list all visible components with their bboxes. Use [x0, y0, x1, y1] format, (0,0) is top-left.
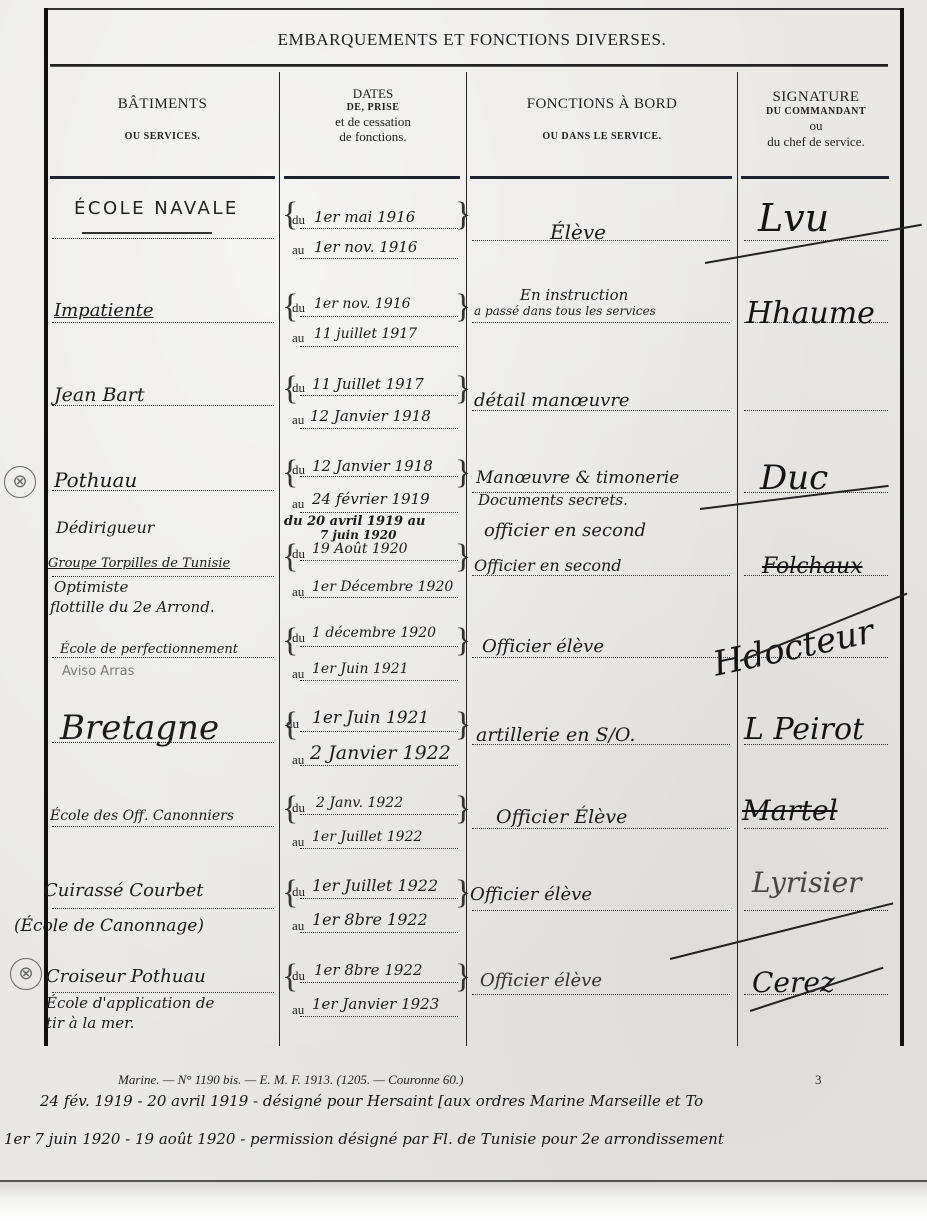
header-fonctions: FONCTIONS À BORD OU DANS LE SERVICE.: [470, 95, 734, 143]
signature: Hhaume: [746, 296, 875, 331]
batiment-name: ÉCOLE NAVALE: [74, 198, 239, 219]
date-prefix: au: [292, 330, 304, 346]
fonction-text: Officier Élève: [496, 806, 627, 828]
date-prefix: du: [292, 546, 305, 562]
header-rule: [470, 176, 732, 179]
signature: Cerez: [752, 966, 835, 999]
signature: Folchaux: [762, 554, 863, 579]
date-start: 1er mai 1916: [314, 208, 415, 226]
date-start: 19 Août 1920: [312, 541, 408, 557]
header-rule: [50, 176, 275, 179]
header-signature-title: SIGNATURE: [741, 88, 891, 106]
date-prefix: au: [292, 412, 304, 428]
date-prefix: du: [292, 884, 305, 900]
handwritten-annotation: 1er 7 juin 1920 - 19 août 1920 - permiss…: [4, 1130, 724, 1148]
date-end: 1er Juin 1921: [312, 661, 409, 677]
date-prefix: au: [292, 752, 304, 768]
batiment-name: (École de Canonnage): [14, 916, 204, 936]
batiment-name: tir à la mer.: [46, 1014, 134, 1032]
batiment-name: Croiseur Pothuau: [46, 966, 206, 987]
header-dates-sub2: et de cessation: [283, 114, 463, 130]
signature: Lyrisier: [752, 866, 862, 899]
header-dates-sub3: de fonctions.: [283, 129, 463, 145]
date-start: 1er Juin 1921: [312, 708, 429, 728]
date-end: 2 Janvier 1922: [310, 742, 451, 764]
date-prefix: du: [292, 380, 305, 396]
header-fonctions-title: FONCTIONS À BORD: [470, 95, 734, 113]
date-prefix: au: [292, 666, 304, 682]
date-prefix: au: [292, 584, 304, 600]
margin-cross-icon: ⊗: [10, 958, 42, 990]
fonction-text: Officier en second: [474, 556, 622, 575]
header-rule: [284, 176, 460, 179]
batiment-pencil-note: Aviso Arras: [62, 664, 134, 679]
fonction-text: En instruction: [520, 286, 628, 304]
signature: Duc: [760, 458, 828, 498]
date-prefix: au: [292, 496, 304, 512]
header-fonctions-sub: OU DANS LE SERVICE.: [470, 131, 734, 143]
date-start: 1 décembre 1920: [312, 625, 436, 641]
header-signature-sub3: du chef de service.: [741, 134, 891, 150]
batiment-name: École d'application de: [46, 994, 214, 1012]
form-title: EMBARQUEMENTS ET FONCTIONS DIVERSES.: [48, 30, 896, 50]
date-end: 1er nov. 1916: [314, 238, 417, 256]
scan-bottom-edge: [0, 1180, 927, 1221]
handwritten-annotation: 24 fév. 1919 - 20 avril 1919 - désigné p…: [40, 1092, 703, 1110]
date-end: 11 juillet 1917: [314, 326, 417, 342]
fonction-text: a passé dans tous les services: [474, 304, 656, 318]
batiment-name: Dédirigueur: [56, 518, 154, 537]
margin-cross-icon: ⊗: [4, 466, 36, 498]
date-extra: 7 juin 1920: [320, 528, 396, 542]
column-divider: [737, 72, 738, 1046]
signature: Lvu: [758, 196, 829, 240]
batiment-name: Cuirassé Courbet: [44, 880, 204, 901]
fonction-text: Documents secrets.: [478, 491, 628, 509]
date-end: 1er Juillet 1922: [312, 829, 422, 845]
date-prefix: au: [292, 1002, 304, 1018]
header-dates-title: DATES: [283, 86, 463, 102]
signature: L Peirot: [744, 712, 864, 747]
header-signature: SIGNATURE DU COMMANDANT ou du chef de se…: [741, 88, 891, 149]
header-signature-sub2: ou: [741, 118, 891, 134]
date-prefix: du: [292, 800, 305, 816]
batiment-name: Jean Bart: [54, 384, 144, 406]
date-prefix: du: [292, 462, 305, 478]
fonction-text: détail manœuvre: [474, 390, 630, 411]
fonction-text: artillerie en S/O.: [476, 724, 635, 746]
date-prefix: au: [292, 834, 304, 850]
signature: Martel: [742, 794, 838, 827]
date-prefix: du: [292, 300, 305, 316]
fonction-text: Officier élève: [470, 884, 592, 905]
batiment-name: Bretagne: [60, 708, 219, 748]
date-prefix: du: [292, 968, 305, 984]
date-prefix: au: [292, 918, 304, 934]
date-end: 1er 8bre 1922: [312, 910, 428, 929]
batiment-name: École des Off. Canonniers: [50, 808, 234, 824]
date-start: 11 Juillet 1917: [312, 375, 424, 393]
header-dates: DATES DE, PRISE et de cessation de fonct…: [283, 86, 463, 145]
date-end: 12 Janvier 1918: [310, 407, 431, 425]
header-signature-sub1: DU COMMANDANT: [741, 106, 891, 118]
ornament-flourish: [82, 232, 212, 234]
date-start: 1er 8bre 1922: [314, 961, 423, 979]
date-start: 1er nov. 1916: [314, 296, 411, 312]
batiment-name: Optimiste: [54, 578, 128, 596]
batiment-name: Impatiente: [54, 300, 154, 321]
fonction-text: officier en second: [484, 520, 646, 541]
batiment-name: flottille du 2e Arrond.: [50, 598, 215, 616]
header-dates-sub1: DE, PRISE: [283, 102, 463, 114]
column-divider: [279, 72, 280, 1046]
batiment-name: Pothuau: [54, 468, 137, 492]
date-extra: du 20 avril 1919 au: [284, 514, 426, 529]
header-batiments-title: BÂTIMENTS: [50, 95, 275, 113]
date-prefix: du: [286, 716, 299, 732]
date-start: 1er Juillet 1922: [312, 876, 438, 895]
header-rule: [741, 176, 889, 179]
date-end: 24 février 1919: [312, 490, 430, 508]
batiment-name: Groupe Torpilles de Tunisie: [48, 556, 230, 571]
form-print-reference: Marine. — N° 1190 bis. — E. M. F. 1913. …: [118, 1072, 463, 1088]
date-start: 2 Janv. 1922: [316, 795, 403, 811]
header-batiments-sub: OU SERVICES.: [50, 131, 275, 143]
fonction-text: Officier élève: [482, 636, 604, 657]
date-prefix: du: [292, 212, 305, 228]
page-number: 3: [815, 1072, 822, 1088]
date-start: 12 Janvier 1918: [312, 457, 433, 475]
title-divider: [50, 64, 888, 67]
date-end: 1er Janvier 1923: [312, 995, 439, 1013]
header-batiments: BÂTIMENTS OU SERVICES.: [50, 95, 275, 143]
batiment-name: École de perfectionnement: [60, 642, 238, 657]
fonction-text: Élève: [550, 220, 606, 244]
fonction-text: Officier élève: [480, 970, 602, 991]
date-prefix: au: [292, 242, 304, 258]
fonction-text: Manœuvre & timonerie: [476, 468, 679, 488]
date-end: 1er Décembre 1920: [312, 579, 453, 595]
date-prefix: du: [292, 630, 305, 646]
